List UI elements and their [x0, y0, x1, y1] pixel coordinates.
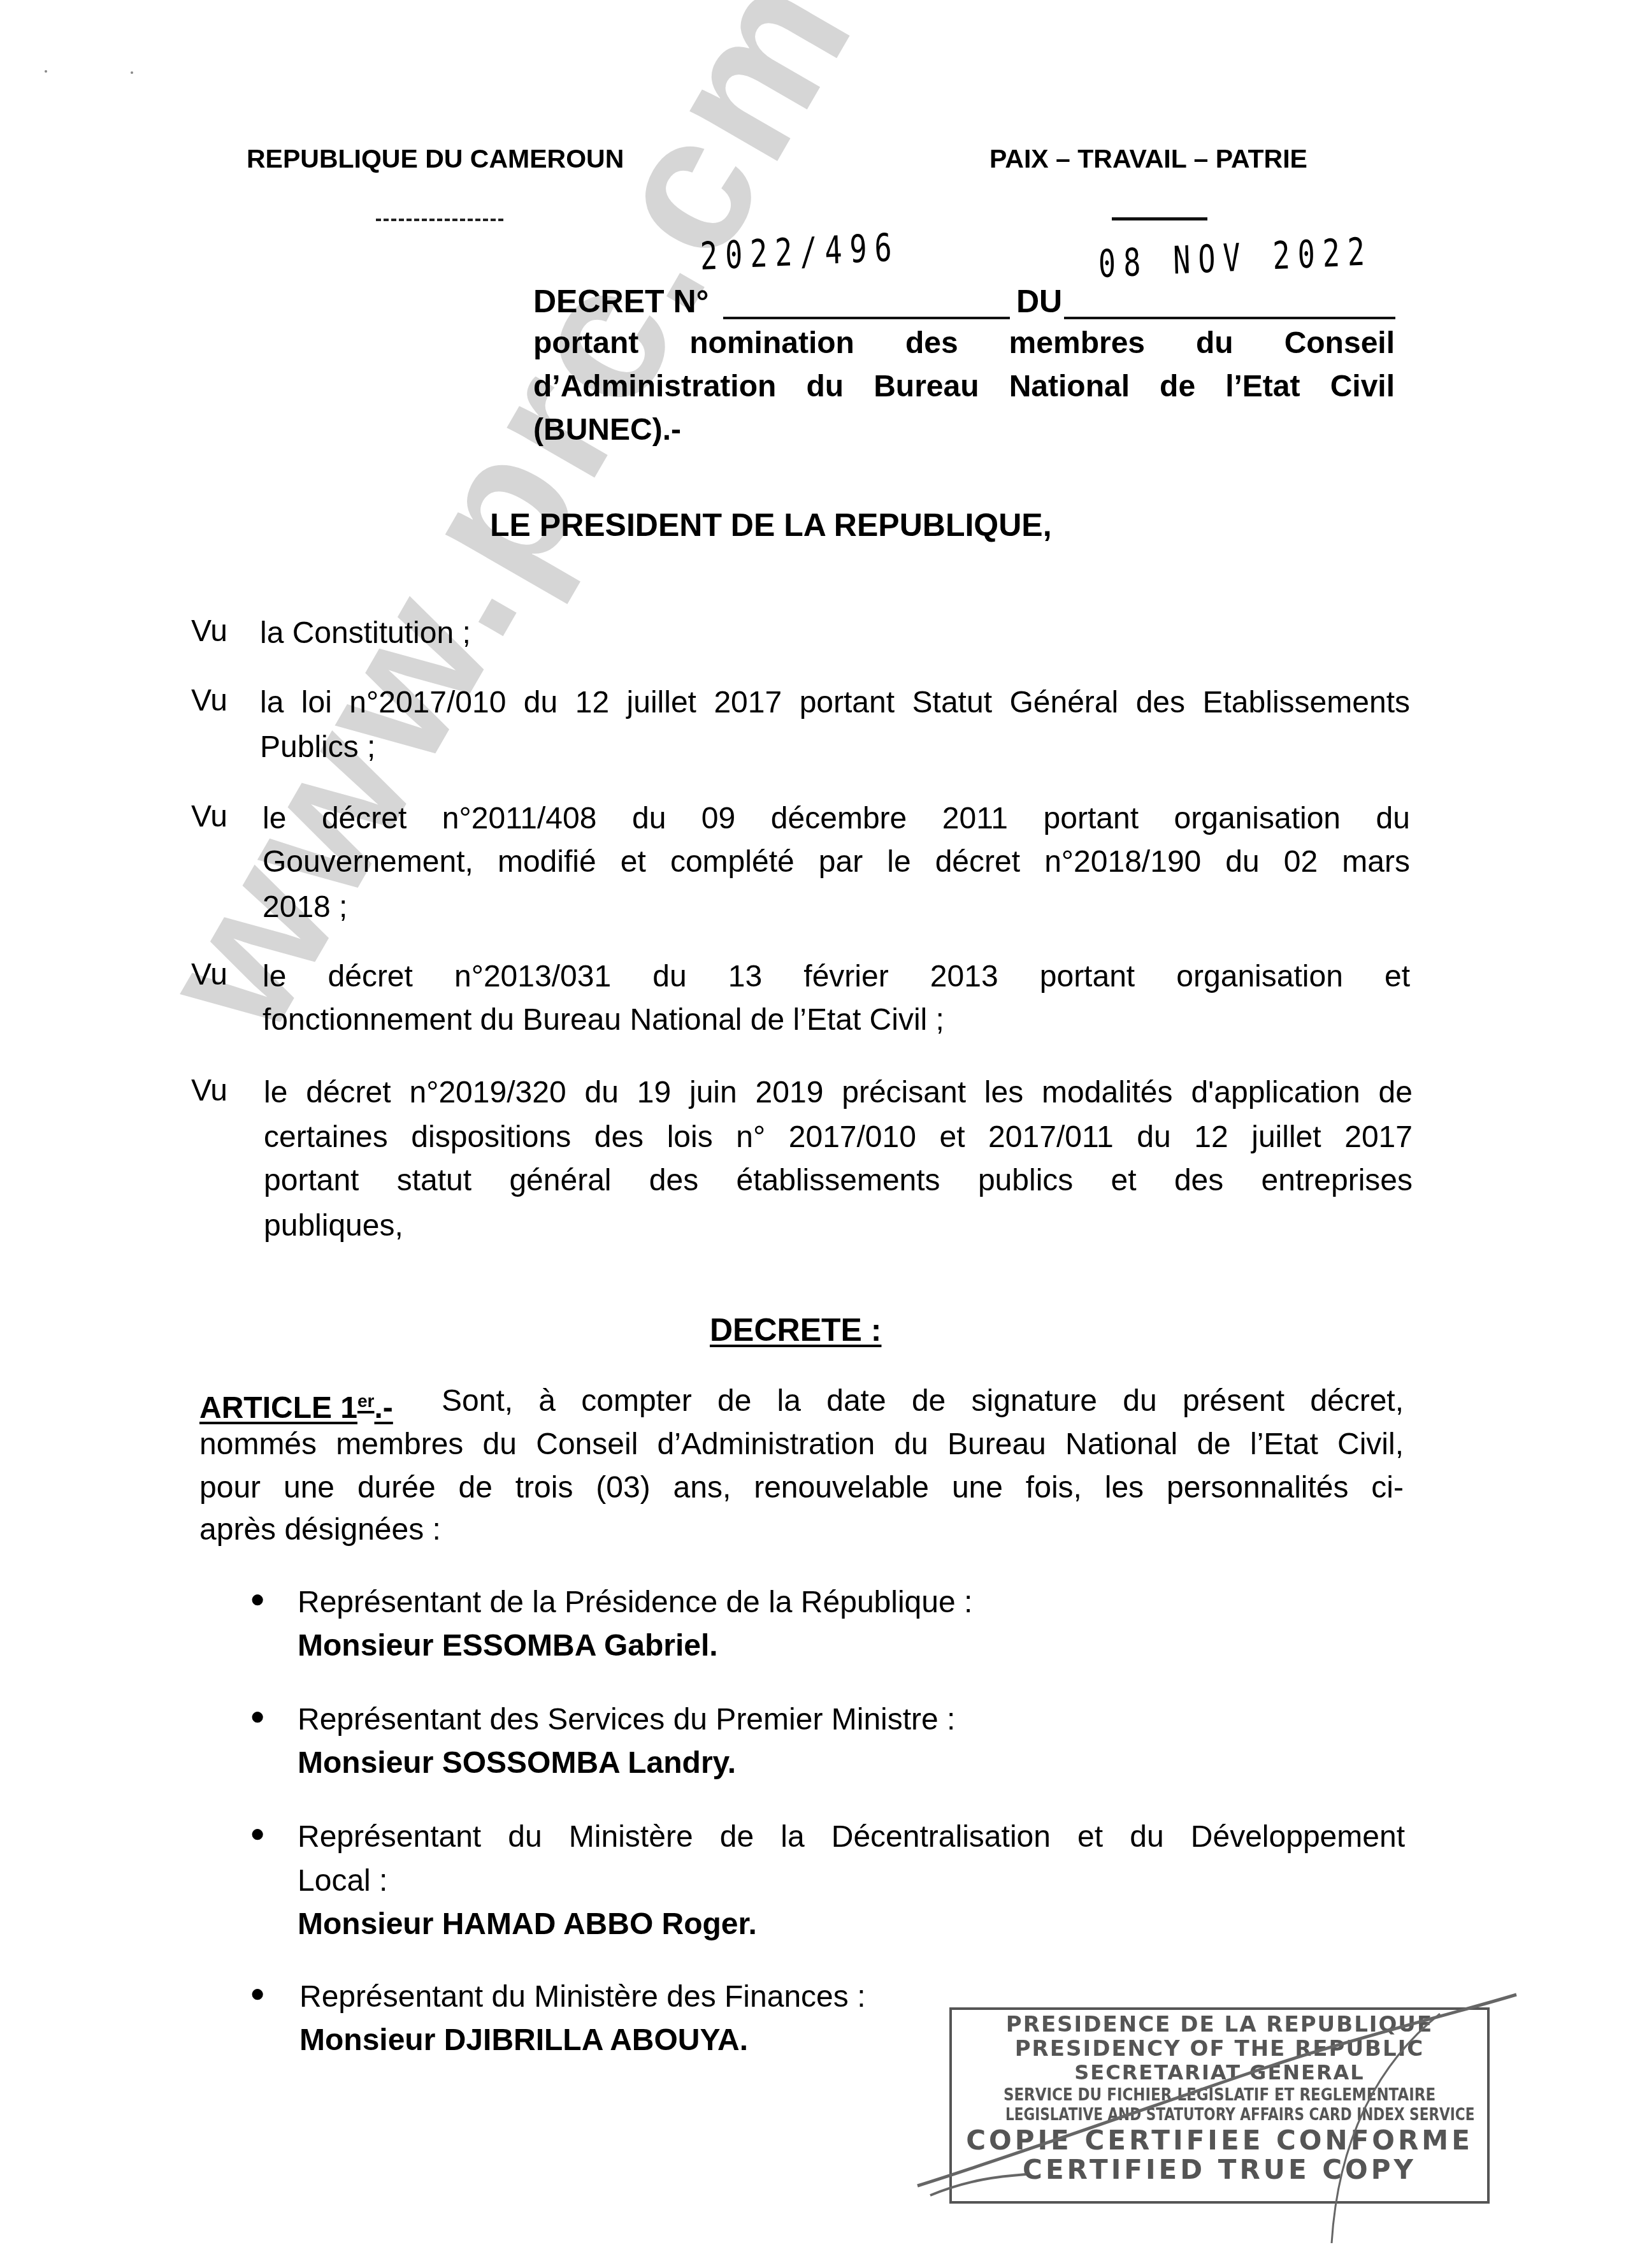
member-1-name: Monsieur ESSOMBA Gabriel.	[298, 1624, 718, 1668]
visa-5-line-2: certaines dispositions des lois n° 2017/…	[264, 1116, 1413, 1159]
visa-5-line-4: publiques,	[264, 1204, 403, 1248]
article-1-line-3: pour une durée de trois (03) ans, renouv…	[199, 1466, 1404, 1510]
scan-speck	[45, 70, 47, 73]
decret-number: 2022/496	[700, 225, 900, 279]
president-heading: LE PRESIDENT DE LA REPUBLIQUE,	[490, 507, 1052, 544]
stamp-line: SECRETARIAT GENERAL	[952, 2062, 1487, 2083]
bullet-icon: ●	[250, 1702, 265, 1731]
visa-3-line-3: 2018 ;	[263, 886, 347, 929]
vu-label: Vu	[191, 799, 227, 834]
stamp-line: PRESIDENCY OF THE REPUBLIC	[952, 2038, 1487, 2060]
vu-label: Vu	[191, 1073, 227, 1108]
member-1-role: Représentant de la Présidence de la Répu…	[298, 1581, 972, 1624]
decret-date: 08 NOV 2022	[1098, 229, 1373, 287]
article-1-line-2: nommés membres du Conseil d’Administrati…	[199, 1423, 1404, 1466]
decret-subject-line-2: d’Administration du Bureau National de l…	[533, 365, 1395, 408]
member-2-name: Monsieur SOSSOMBA Landry.	[298, 1742, 736, 1785]
member-4-role: Représentant du Ministère des Finances :	[299, 1975, 865, 2019]
certified-copy-stamp: PRESIDENCE DE LA REPUBLIQUE PRESIDENCY O…	[949, 2007, 1490, 2204]
vu-label: Vu	[191, 614, 227, 649]
article-1-label-suffix: .-	[374, 1391, 392, 1425]
scan-speck	[131, 71, 133, 74]
visa-5-line-1: le décret n°2019/320 du 19 juin 2019 pré…	[264, 1071, 1413, 1115]
bullet-icon: ●	[250, 1979, 265, 2008]
article-1-label-sup: er	[357, 1391, 374, 1411]
member-3-name: Monsieur HAMAD ABBO Roger.	[298, 1903, 757, 1946]
article-1-line-1: Sont, à compter de la date de signature …	[442, 1380, 1404, 1423]
decret-label: DECRET N°	[533, 283, 709, 320]
article-1-line-4: après désignées :	[199, 1508, 441, 1552]
vu-label: Vu	[191, 683, 227, 718]
bullet-icon: ●	[250, 1819, 265, 1848]
header-country: REPUBLIQUE DU CAMEROUN	[247, 144, 624, 174]
decret-subject-line-3: (BUNEC).-	[533, 408, 681, 452]
visa-2-line-2: Publics ;	[260, 726, 375, 769]
member-3-role-line-1: Représentant du Ministère de la Décentra…	[298, 1816, 1405, 1859]
visa-4-line-1: le décret n°2013/031 du 13 février 2013 …	[263, 955, 1410, 999]
visa-4-line-2: fonctionnement du Bureau National de l’E…	[263, 999, 944, 1042]
member-3-role-line-2: Local :	[298, 1860, 387, 1903]
member-2-role: Représentant des Services du Premier Min…	[298, 1698, 955, 1742]
header-divider-right	[1112, 217, 1207, 220]
bullet-icon: ●	[250, 1585, 265, 1614]
visa-2-line-1: la loi n°2017/010 du 12 juillet 2017 por…	[260, 681, 1410, 725]
visa-5-line-3: portant statut général des établissement…	[264, 1159, 1413, 1203]
member-4-name: Monsieur DJIBRILLA ABOUYA.	[299, 2019, 748, 2062]
stamp-line: CERTIFIED TRUE COPY	[952, 2156, 1487, 2183]
stamp-line: COPIE CERTIFIEE CONFORME	[952, 2127, 1487, 2154]
header-divider-left	[376, 219, 503, 221]
stamp-line: PRESIDENCE DE LA REPUBLIQUE	[952, 2014, 1487, 2035]
stamp-line: LEGISLATIVE AND STATUTORY AFFAIRS CARD I…	[1005, 2106, 1434, 2123]
article-1-label-text: ARTICLE 1	[199, 1391, 357, 1425]
header-motto: PAIX – TRAVAIL – PATRIE	[989, 144, 1307, 174]
decrete-heading: DECRETE :	[710, 1311, 881, 1348]
visa-3-line-2: Gouvernement, modifié et complété par le…	[263, 841, 1410, 884]
du-label: DU	[1016, 283, 1062, 320]
decret-subject-line-1: portant nomination des membres du Consei…	[533, 322, 1395, 365]
visa-1-line-1: la Constitution ;	[260, 612, 471, 655]
visa-3-line-1: le décret n°2011/408 du 09 décembre 2011…	[263, 797, 1410, 841]
decret-date-line	[1064, 317, 1395, 319]
stamp-line: SERVICE DU FICHIER LEGISLATIF ET REGLEME…	[992, 2086, 1447, 2104]
decret-number-line	[723, 317, 1010, 319]
vu-label: Vu	[191, 957, 227, 992]
